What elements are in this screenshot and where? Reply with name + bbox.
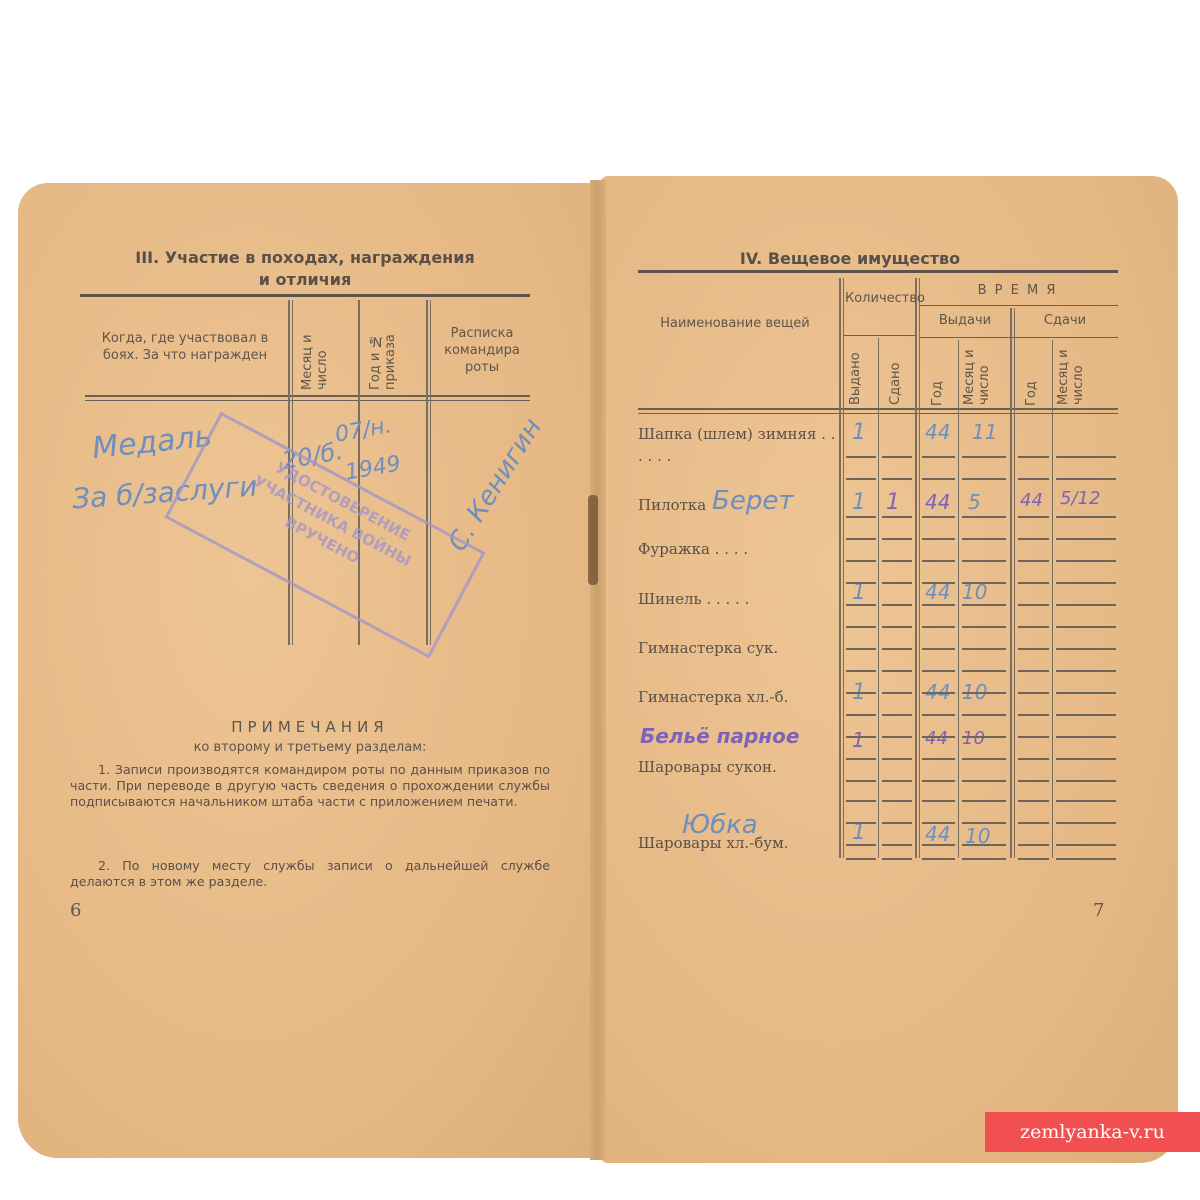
col-line-issue-year bbox=[958, 340, 959, 858]
col-issue-year: Год bbox=[930, 370, 950, 406]
cell-dash bbox=[1056, 736, 1116, 738]
time-sub-rule bbox=[919, 305, 1118, 306]
cell-dash bbox=[962, 858, 1006, 860]
section-4-title: IV. Вещевое имущество bbox=[640, 248, 1060, 270]
cell-dash bbox=[1018, 844, 1049, 846]
cell-dash bbox=[846, 670, 876, 672]
cell-dash bbox=[922, 714, 955, 716]
cell-dash bbox=[846, 604, 876, 606]
cell-dash bbox=[1056, 456, 1116, 458]
note-1: 1. Записи производятся командиром роты п… bbox=[70, 762, 550, 810]
cell-dash bbox=[1056, 714, 1116, 716]
cell-dash bbox=[1056, 582, 1116, 584]
cell-dash bbox=[1056, 648, 1116, 650]
cell-dash bbox=[1018, 582, 1049, 584]
cell-dash bbox=[922, 858, 955, 860]
cell-dash bbox=[882, 800, 912, 802]
cell-dash bbox=[962, 822, 1006, 824]
cell-dash bbox=[922, 648, 955, 650]
cell-dash bbox=[882, 780, 912, 782]
cell-dash bbox=[922, 626, 955, 628]
col-line-return-b bbox=[1014, 308, 1015, 858]
cell-dash bbox=[846, 780, 876, 782]
cell-dash bbox=[846, 758, 876, 760]
cell-dash bbox=[962, 714, 1006, 716]
handwritten-beret: Берет bbox=[712, 486, 793, 516]
cell-dash bbox=[1056, 800, 1116, 802]
cell-dash bbox=[962, 516, 1006, 518]
cell-dash bbox=[846, 626, 876, 628]
cell-dash bbox=[1018, 780, 1049, 782]
cell-dash bbox=[922, 758, 955, 760]
cell-dash bbox=[882, 758, 912, 760]
cell-dash bbox=[1018, 736, 1049, 738]
qty-sub-rule bbox=[843, 335, 915, 336]
cell-pilotka-returned: 1 bbox=[886, 490, 900, 515]
cell-dash bbox=[962, 692, 1006, 694]
cell-underwear-issue-month: 10 bbox=[962, 728, 985, 749]
cell-dash bbox=[882, 736, 912, 738]
cell-dash bbox=[882, 516, 912, 518]
header-bottom-rule-2 bbox=[85, 400, 530, 401]
cell-dash bbox=[1018, 822, 1049, 824]
cell-dash bbox=[846, 560, 876, 562]
cell-hat-issue-year: 44 bbox=[925, 420, 950, 444]
notes-title: ПРИМЕЧАНИЯ bbox=[70, 718, 550, 736]
cell-dash bbox=[1056, 626, 1116, 628]
cell-dash bbox=[882, 538, 912, 540]
cell-dash bbox=[846, 844, 876, 846]
col-line-time-b bbox=[919, 278, 920, 858]
cell-dash bbox=[1018, 648, 1049, 650]
cell-dash bbox=[962, 478, 1006, 480]
col-item-name: Наименование вещей bbox=[650, 315, 820, 332]
cell-dash bbox=[922, 516, 955, 518]
cell-dash bbox=[922, 582, 955, 584]
cell-dash bbox=[882, 844, 912, 846]
col-line-time bbox=[915, 278, 917, 858]
cell-dash bbox=[1018, 456, 1049, 458]
cell-dash bbox=[922, 456, 955, 458]
cell-dash bbox=[846, 648, 876, 650]
cell-underwear-issue-year: 44 bbox=[925, 728, 948, 749]
cell-dash bbox=[962, 604, 1006, 606]
cell-dash bbox=[1056, 822, 1116, 824]
cell-dash bbox=[962, 648, 1006, 650]
cell-dash bbox=[1056, 604, 1116, 606]
cell-hat-issued: 1 bbox=[852, 420, 866, 445]
col-when-where: Когда, где участвовал в боях. За что наг… bbox=[85, 330, 285, 364]
cell-dash bbox=[882, 670, 912, 672]
cell-dash bbox=[922, 478, 955, 480]
header-bottom-rule bbox=[85, 395, 530, 397]
cell-dash bbox=[846, 692, 876, 694]
section-3-title-line2: и отличия bbox=[80, 269, 530, 291]
col-return-year: Год bbox=[1024, 370, 1044, 406]
time-sub-rule-2 bbox=[919, 337, 1118, 338]
cell-dash bbox=[1056, 670, 1116, 672]
cell-dash bbox=[962, 538, 1006, 540]
cell-dash bbox=[962, 758, 1006, 760]
cell-dash bbox=[846, 800, 876, 802]
cell-dash bbox=[1018, 758, 1049, 760]
cell-dash bbox=[1018, 714, 1049, 716]
cell-dash bbox=[922, 800, 955, 802]
staple bbox=[588, 495, 598, 585]
watermark-badge: zemlyanka-v.ru bbox=[985, 1112, 1200, 1152]
table-top-rule bbox=[638, 270, 1118, 273]
cell-dash bbox=[962, 800, 1006, 802]
cell-dash bbox=[1018, 560, 1049, 562]
row-label-sharovary-cotton: Шаровары хл.-бум. bbox=[638, 832, 838, 854]
section-3-title: III. Участие в походах, награждения и от… bbox=[80, 247, 530, 291]
row-label-shinel: Шинель . . . . . bbox=[638, 588, 838, 610]
cell-pilotka-issue-month: 5 bbox=[968, 490, 981, 514]
col-month-day: Месяц и число bbox=[300, 318, 334, 390]
row-label-winter-hat: Шапка (шлем) зимняя . . . . . . bbox=[638, 423, 838, 467]
col-line-return bbox=[1010, 308, 1012, 858]
cell-dash bbox=[1056, 538, 1116, 540]
cell-dash bbox=[1018, 626, 1049, 628]
cell-dash bbox=[922, 822, 955, 824]
cell-dash bbox=[1018, 538, 1049, 540]
row-label-gymnastyorka-cotton: Гимнастерка хл.-б. bbox=[638, 686, 838, 708]
col-line-name-b bbox=[843, 278, 844, 858]
handwritten-underwear: Бельё парное bbox=[640, 724, 799, 748]
col-returned: Сдано bbox=[888, 345, 908, 405]
col-commander-signature: Расписка командира роты bbox=[432, 325, 532, 376]
cell-dash bbox=[922, 736, 955, 738]
cell-dash bbox=[882, 456, 912, 458]
section-3-title-line1: III. Участие в походах, награждения bbox=[80, 247, 530, 269]
cell-dash bbox=[962, 560, 1006, 562]
cell-dash bbox=[922, 560, 955, 562]
cell-dash bbox=[1056, 758, 1116, 760]
book-spine bbox=[590, 180, 606, 1160]
cell-dash bbox=[882, 858, 912, 860]
cell-dash bbox=[846, 478, 876, 480]
cell-dash bbox=[1018, 800, 1049, 802]
cell-dash bbox=[882, 626, 912, 628]
cell-dash bbox=[846, 858, 876, 860]
col-year-order: Год и № приказа bbox=[368, 312, 402, 390]
cell-dash bbox=[962, 670, 1006, 672]
cell-dash bbox=[962, 626, 1006, 628]
cell-dash bbox=[1018, 516, 1049, 518]
col-return-month-day: Месяц и число bbox=[1056, 345, 1112, 405]
cell-pilotka-issued: 1 bbox=[852, 490, 866, 515]
cell-hat-issue-month: 11 bbox=[972, 420, 997, 444]
col-issue: Выдачи bbox=[920, 312, 1010, 329]
cell-dash bbox=[962, 736, 1006, 738]
row-label-sharovary-wool: Шаровары сукон. bbox=[638, 756, 838, 778]
cell-dash bbox=[882, 560, 912, 562]
cell-dash bbox=[1018, 692, 1049, 694]
cell-dash bbox=[922, 538, 955, 540]
cell-dash bbox=[882, 604, 912, 606]
cell-dash bbox=[922, 604, 955, 606]
cell-pilotka-return-year: 44 bbox=[1020, 490, 1043, 511]
cell-dash bbox=[922, 844, 955, 846]
cell-dash bbox=[846, 538, 876, 540]
col-line-qty bbox=[878, 338, 879, 858]
cell-pilotka-issue-year: 44 bbox=[925, 490, 950, 514]
cell-dash bbox=[846, 516, 876, 518]
notes-subtitle: ко второму и третьему разделам: bbox=[70, 740, 550, 755]
cell-dash bbox=[882, 478, 912, 480]
cell-dash bbox=[1018, 858, 1049, 860]
note-2: 2. По новому месту службы записи о дальн… bbox=[70, 858, 550, 890]
cell-dash bbox=[1056, 516, 1116, 518]
cell-dash bbox=[846, 822, 876, 824]
cell-dash bbox=[1018, 670, 1049, 672]
col-time: В Р Е М Я bbox=[920, 282, 1115, 299]
page-number-left: 6 bbox=[70, 900, 81, 921]
cell-dash bbox=[882, 648, 912, 650]
col-line-name bbox=[839, 278, 841, 858]
col-issued: Выдано bbox=[848, 345, 874, 405]
cell-dash bbox=[962, 582, 1006, 584]
row-label-gymnastyorka-wool: Гимнастерка сук. bbox=[638, 637, 838, 659]
cell-dash bbox=[846, 714, 876, 716]
cell-dash bbox=[1056, 858, 1116, 860]
cell-dash bbox=[846, 736, 876, 738]
cell-underwear-issued: 1 bbox=[852, 728, 865, 752]
cell-dash bbox=[846, 582, 876, 584]
col-line-return-year bbox=[1052, 340, 1053, 858]
cell-skirt-issue-year: 44 bbox=[925, 822, 950, 846]
cell-dash bbox=[962, 844, 1006, 846]
cell-dash bbox=[922, 670, 955, 672]
row-label-furazhka: Фуражка . . . . bbox=[638, 538, 838, 560]
page-number-right: 7 bbox=[1093, 900, 1104, 921]
cell-dash bbox=[922, 780, 955, 782]
cell-dash bbox=[882, 582, 912, 584]
cell-dash bbox=[882, 692, 912, 694]
cell-dash bbox=[1056, 844, 1116, 846]
col-return: Сдачи bbox=[1015, 312, 1115, 329]
cell-dash bbox=[1018, 604, 1049, 606]
cell-dash bbox=[1056, 692, 1116, 694]
cell-dash bbox=[922, 692, 955, 694]
cell-dash bbox=[846, 456, 876, 458]
cell-dash bbox=[962, 780, 1006, 782]
col-issue-month-day: Месяц и число bbox=[962, 345, 1006, 405]
cell-dash bbox=[962, 456, 1006, 458]
cell-dash bbox=[1018, 478, 1049, 480]
cell-dash bbox=[882, 714, 912, 716]
cell-dash bbox=[882, 822, 912, 824]
col-quantity: Количество bbox=[845, 290, 913, 307]
cell-pilotka-return-month: 5/12 bbox=[1060, 488, 1100, 509]
cell-dash bbox=[1056, 560, 1116, 562]
cell-dash bbox=[1056, 478, 1116, 480]
cell-dash bbox=[1056, 780, 1116, 782]
header-top-rule bbox=[80, 294, 530, 297]
